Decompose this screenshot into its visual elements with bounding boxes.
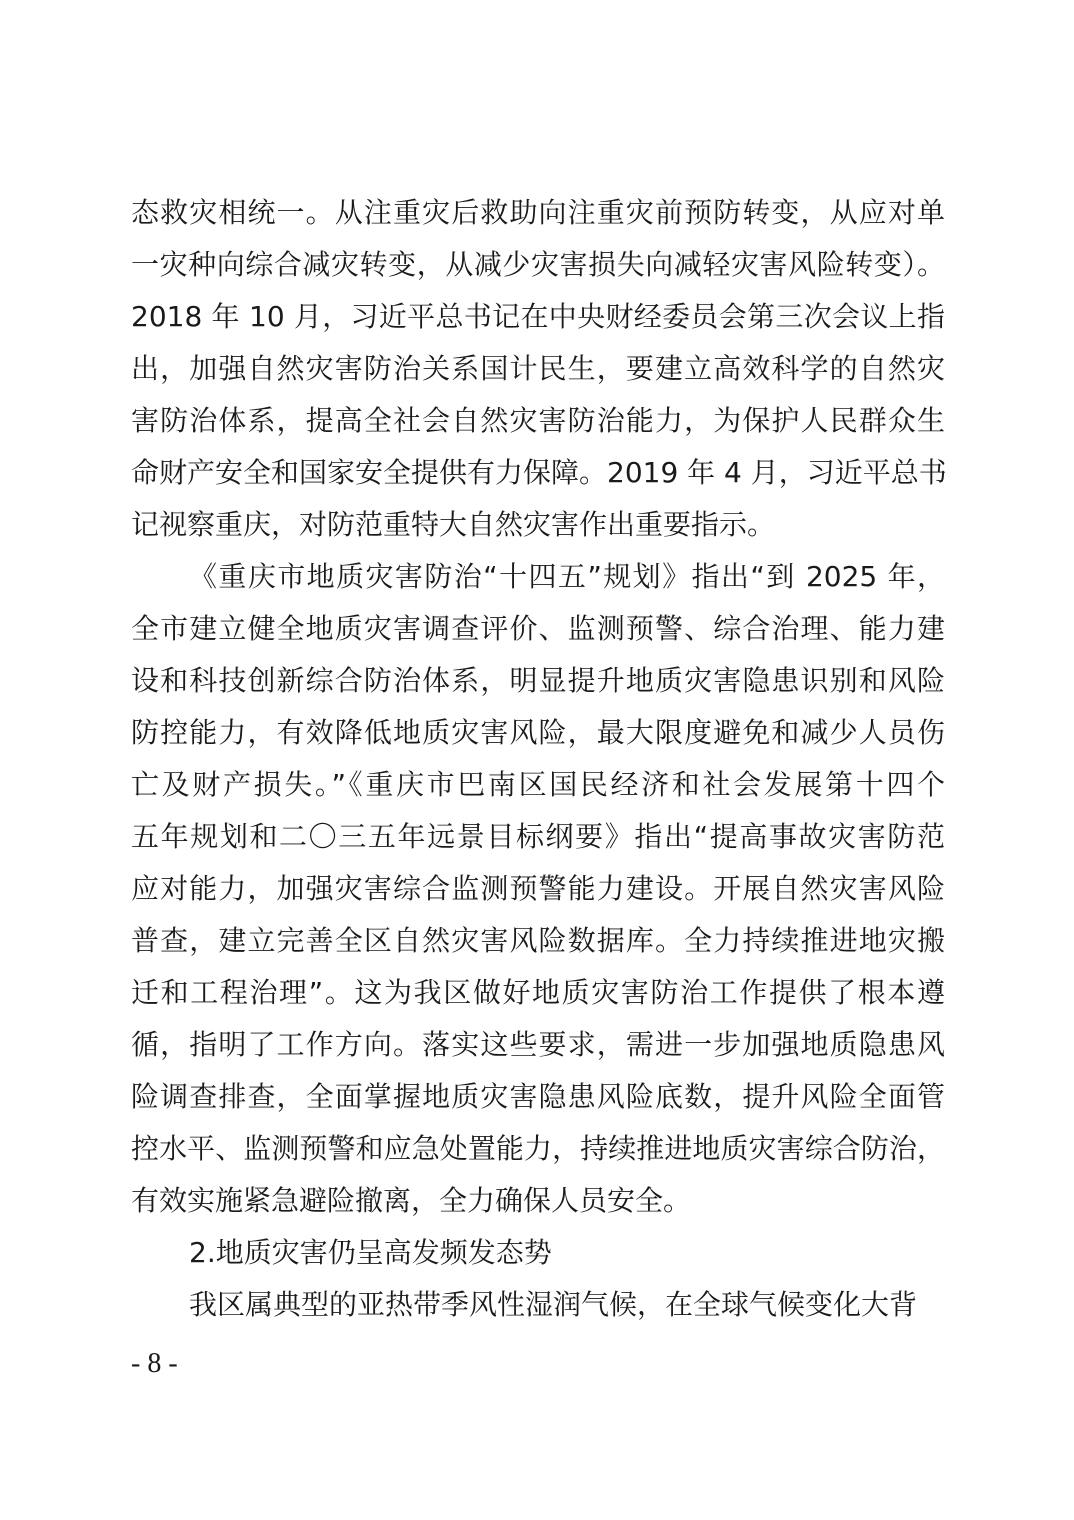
text-line: 应对能力，加强灾害综合监测预警能力建设。开展自然灾害风险 (131, 863, 945, 915)
text-line: 记视察重庆，对防范重特大自然灾害作出重要指示。 (131, 499, 945, 551)
text-line: 全市建立健全地质灾害调查评价、监测预警、综合治理、能力建 (131, 603, 945, 655)
text-line: 普查，建立完善全区自然灾害风险数据库。全力持续推进地灾搬 (131, 915, 945, 967)
text-line: 我区属典型的亚热带季风性湿润气候，在全球气候变化大背 (131, 1279, 945, 1331)
text-line: 防控能力，有效降低地质灾害风险，最大限度避免和减少人员伤 (131, 707, 945, 759)
text-line: 2018 年 10 月，习近平总书记在中央财经委员会第三次会议上指 (131, 291, 945, 343)
text-line: 一灾种向综合减灾转变，从减少灾害损失向减轻灾害风险转变）。 (131, 239, 945, 291)
document-body: 态救灾相统一。从注重灾后救助向注重灾前预防转变，从应对单 一灾种向综合减灾转变，… (131, 187, 945, 1331)
text-line: 有效实施紧急避险撤离，全力确保人员安全。 (131, 1175, 945, 1227)
text-line: 命财产安全和国家安全提供有力保障。2019 年 4 月，习近平总书 (131, 447, 945, 499)
section-heading: 2.地质灾害仍呈高发频发态势 (131, 1227, 945, 1279)
text-line: 害防治体系，提高全社会自然灾害防治能力，为保护人民群众生 (131, 395, 945, 447)
document-page: 态救灾相统一。从注重灾后救助向注重灾前预防转变，从应对单 一灾种向综合减灾转变，… (0, 0, 1074, 1520)
text-line: 迁和工程治理”。这为我区做好地质灾害防治工作提供了根本遵 (131, 967, 945, 1019)
text-line: 险调查排查，全面掌握地质灾害隐患风险底数，提升风险全面管 (131, 1071, 945, 1123)
text-line: 五年规划和二〇三五年远景目标纲要》指出“提高事故灾害防范 (131, 811, 945, 863)
text-line: 循，指明了工作方向。落实这些要求，需进一步加强地质隐患风 (131, 1019, 945, 1071)
page-number: - 8 - (131, 1348, 178, 1380)
text-line: 《重庆市地质灾害防治“十四五”规划》指出“到 2025 年， (131, 551, 945, 603)
text-line: 出，加强自然灾害防治关系国计民生，要建立高效科学的自然灾 (131, 343, 945, 395)
text-line: 控水平、监测预警和应急处置能力，持续推进地质灾害综合防治， (131, 1123, 945, 1175)
text-line: 态救灾相统一。从注重灾后救助向注重灾前预防转变，从应对单 (131, 187, 945, 239)
text-line: 设和科技创新综合防治体系，明显提升地质灾害隐患识别和风险 (131, 655, 945, 707)
text-line: 亡及财产损失。”《重庆市巴南区国民经济和社会发展第十四个 (131, 759, 945, 811)
